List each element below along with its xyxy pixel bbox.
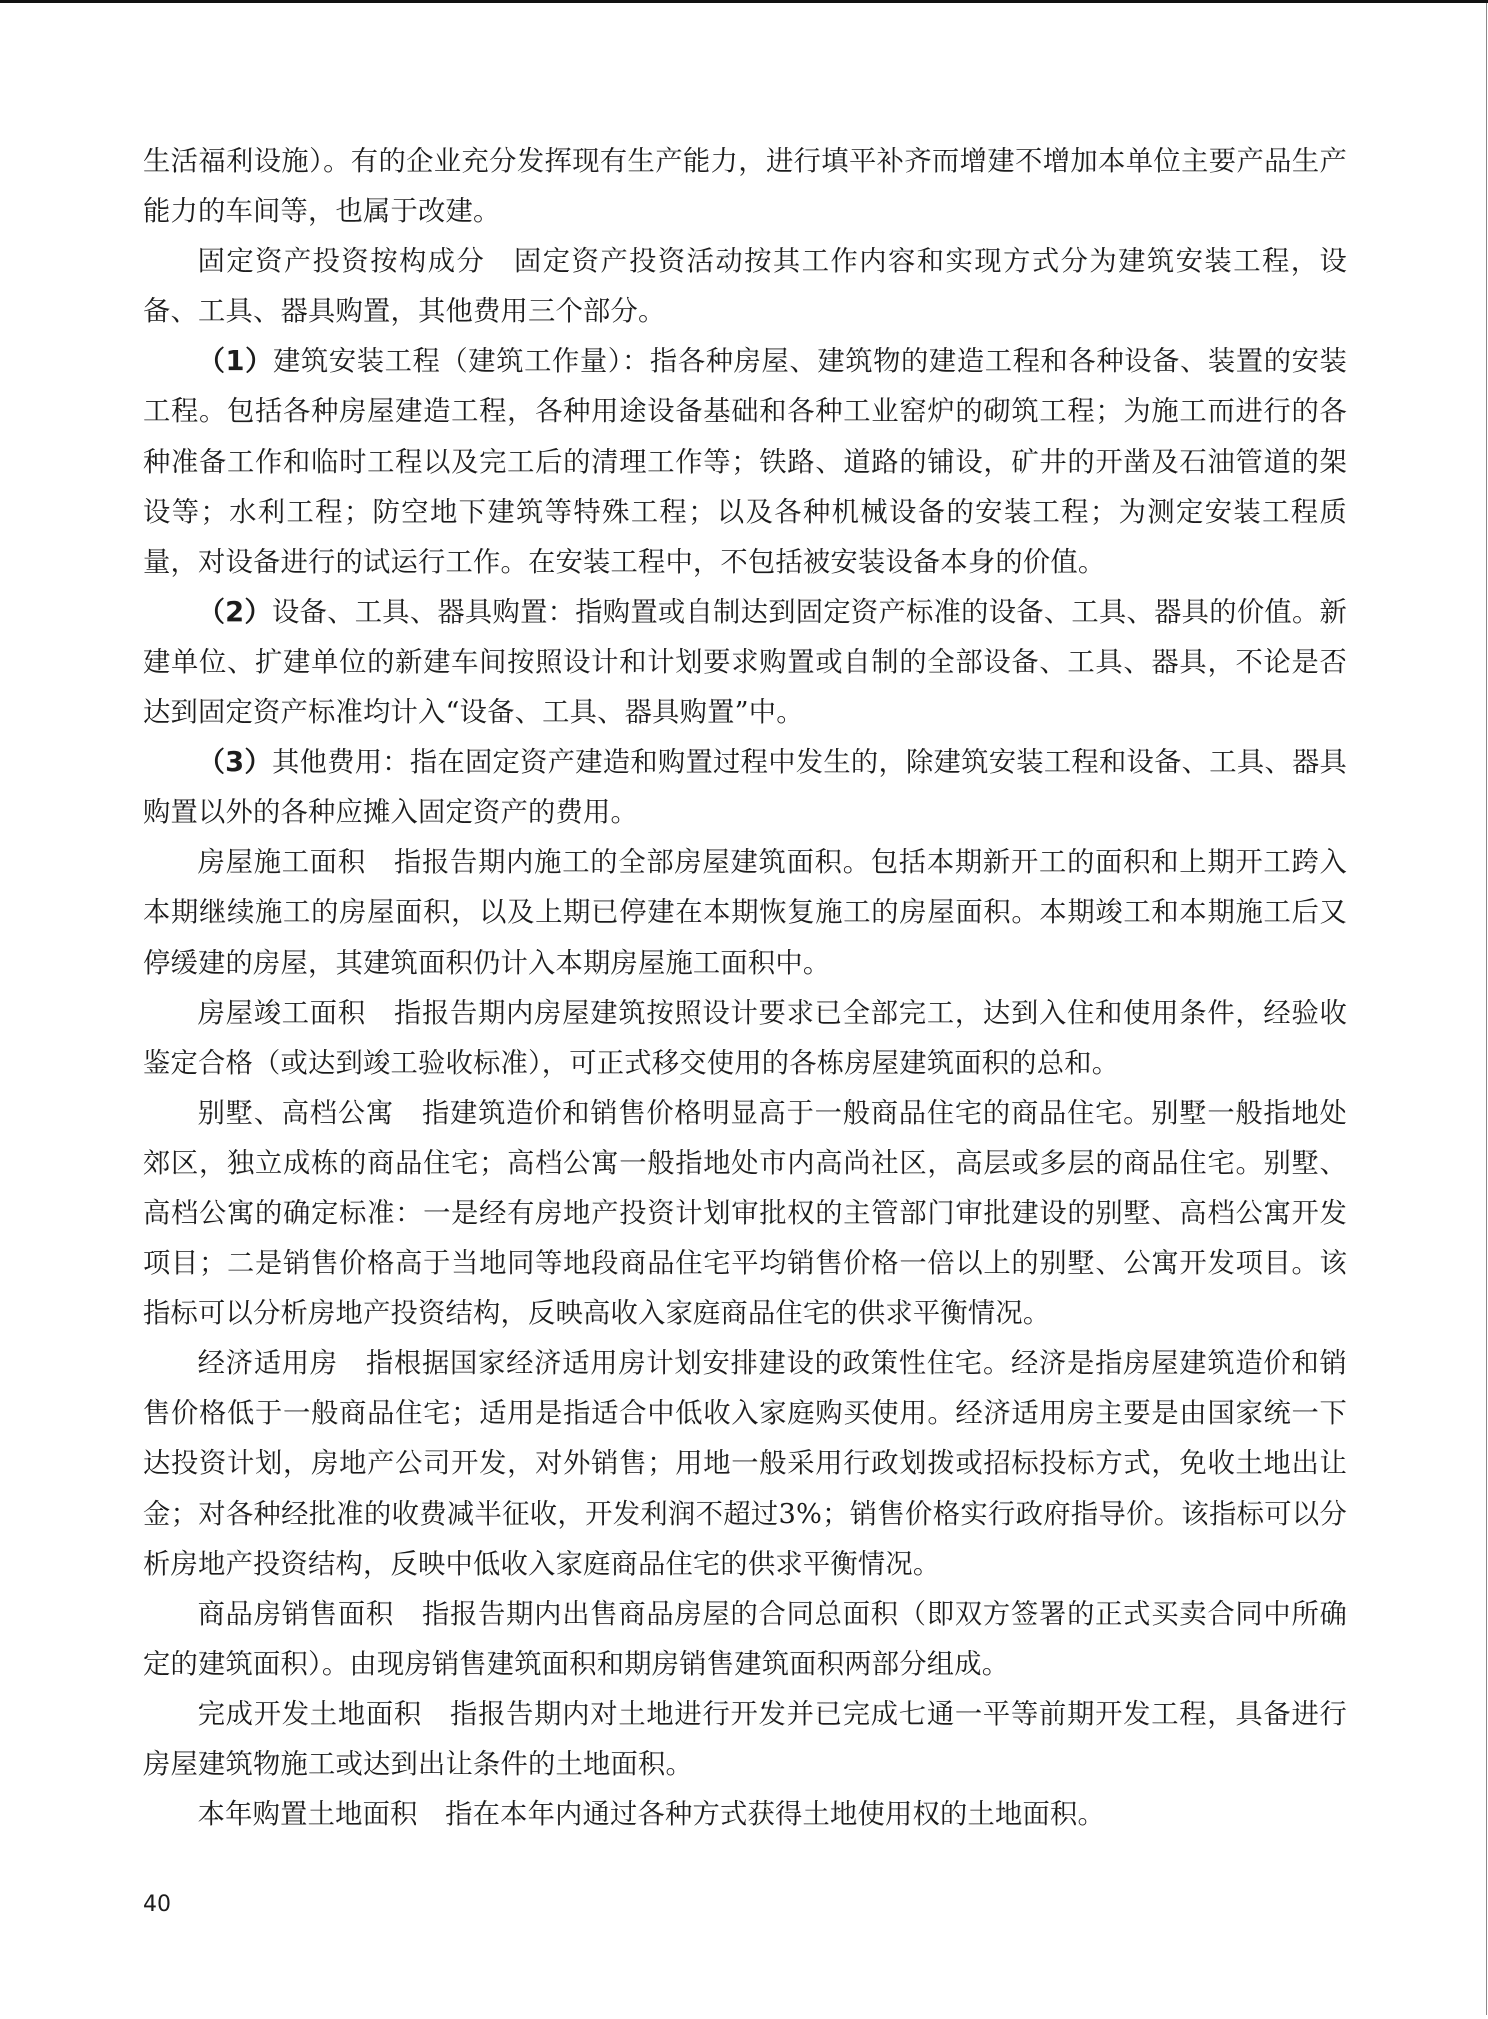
document-page: 生活福利设施）。有的企业充分发挥现有生产能力，进行填平补齐而增建不增加本单位主要…	[0, 0, 1488, 2019]
term-label: 本年购置土地面积	[198, 1799, 418, 1830]
paragraph-text: 指在本年内通过各种方式获得土地使用权的土地面积。	[418, 1799, 1105, 1830]
term-label: 固定资产投资按构成分	[198, 246, 486, 277]
paragraph-villas-apartments: 别墅、高档公寓 指建筑造价和销售价格明显高于一般商品住宅的商品住宅。别墅一般指地…	[143, 1089, 1347, 1339]
page-right-edge	[1486, 3, 1487, 2015]
paragraph-floor-space-completed: 房屋竣工面积 指报告期内房屋建筑按照设计要求已全部完工，达到入住和使用条件，经验…	[143, 989, 1347, 1089]
body-text: 生活福利设施）。有的企业充分发挥现有生产能力，进行填平补齐而增建不增加本单位主要…	[143, 137, 1347, 1840]
term-label: 完成开发土地面积	[198, 1699, 422, 1730]
paragraph-text: 其他费用：指在固定资产建造和购置过程中发生的，除建筑安装工程和设备、工具、器具购…	[143, 747, 1347, 828]
paragraph-land-purchased: 本年购置土地面积 指在本年内通过各种方式获得土地使用权的土地面积。	[143, 1790, 1347, 1840]
page-number: 40	[143, 1892, 171, 1917]
paragraph-text: 设备、工具、器具购置：指购置或自制达到固定资产标准的设备、工具、器具的价值。新建…	[143, 597, 1347, 728]
paragraph-text: 建筑安装工程（建筑工作量）：指各种房屋、建筑物的建造工程和各种设备、装置的安装工…	[143, 346, 1347, 577]
paragraph-floor-space-sold: 商品房销售面积 指报告期内出售商品房屋的合同总面积（即双方签署的正式买卖合同中所…	[143, 1590, 1347, 1690]
paragraph-item-3: （3）其他费用：指在固定资产建造和购置过程中发生的，除建筑安装工程和设备、工具、…	[143, 738, 1347, 838]
term-label: 别墅、高档公寓	[198, 1098, 394, 1129]
paragraph-affordable-housing: 经济适用房 指根据国家经济适用房计划安排建设的政策性住宅。经济是指房屋建筑造价和…	[143, 1339, 1347, 1589]
item-number: （3）	[198, 747, 272, 778]
paragraph-land-developed: 完成开发土地面积 指报告期内对土地进行开发并已完成七通一平等前期开发工程，具备进…	[143, 1690, 1347, 1790]
paragraph-continued-rebuild: 生活福利设施）。有的企业充分发挥现有生产能力，进行填平补齐而增建不增加本单位主要…	[143, 137, 1347, 237]
paragraph-item-1: （1）建筑安装工程（建筑工作量）：指各种房屋、建筑物的建造工程和各种设备、装置的…	[143, 337, 1347, 587]
item-number: （2）	[198, 597, 272, 628]
paragraph-floor-space-under-construction: 房屋施工面积 指报告期内施工的全部房屋建筑面积。包括本期新开工的面积和上期开工跨…	[143, 838, 1347, 988]
term-label: 经济适用房	[198, 1348, 338, 1379]
paragraph-text: 指根据国家经济适用房计划安排建设的政策性住宅。经济是指房屋建筑造价和销售价格低于…	[143, 1348, 1347, 1579]
paragraph-fixed-asset-composition: 固定资产投资按构成分 固定资产投资活动按其工作内容和实现方式分为建筑安装工程，设…	[143, 237, 1347, 337]
term-label: 商品房销售面积	[198, 1599, 394, 1630]
paragraph-text: 指建筑造价和销售价格明显高于一般商品住宅的商品住宅。别墅一般指地处郊区，独立成栋…	[143, 1098, 1347, 1329]
term-label: 房屋施工面积	[198, 847, 366, 878]
item-number: （1）	[198, 346, 273, 377]
term-label: 房屋竣工面积	[198, 998, 366, 1029]
paragraph-text: 生活福利设施）。有的企业充分发挥现有生产能力，进行填平补齐而增建不增加本单位主要…	[143, 146, 1347, 227]
paragraph-item-2: （2）设备、工具、器具购置：指购置或自制达到固定资产标准的设备、工具、器具的价值…	[143, 588, 1347, 738]
